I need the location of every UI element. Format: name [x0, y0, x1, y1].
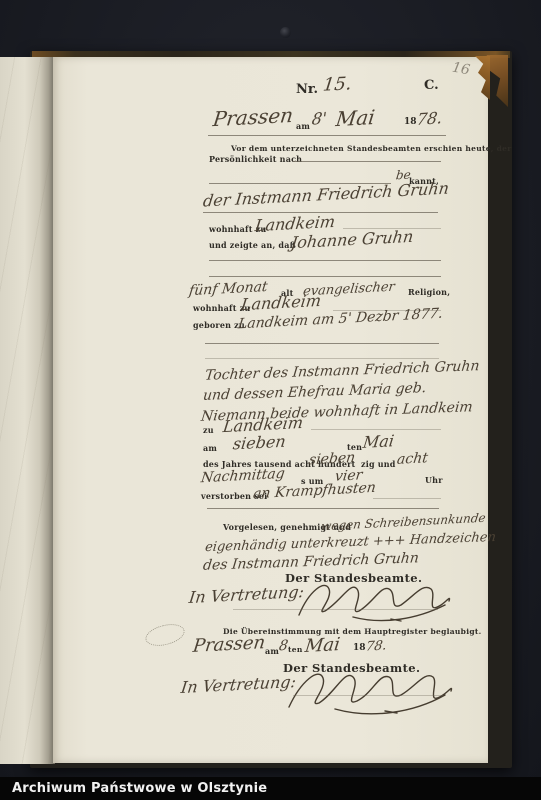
pencil-page-number: 16 [451, 60, 471, 79]
archive-caption-bar: Archiwum Państwowe w Olsztynie [0, 777, 541, 800]
rule-line [208, 135, 446, 136]
record-number-label: Nr. [296, 82, 318, 97]
torn-corner [475, 56, 490, 100]
screw-icon [280, 27, 291, 38]
rule-line [205, 358, 439, 359]
closing-hw1: wegen Schreibensunkunde [320, 511, 486, 534]
rule-line [293, 695, 443, 696]
headline-year-written: 78. [416, 108, 444, 129]
deputy-note-2: In Vertretung: [180, 672, 297, 697]
death-year-hw2: acht [396, 450, 429, 468]
notification-label: und zeigte an, daß [209, 240, 296, 250]
closing-hw2: eigenhändig unterkreuzt +++ Handzeichen [204, 530, 496, 555]
form-letter: C. [424, 78, 439, 93]
parents-line-1: Tochter des Instmann Friedrich Gruhn [204, 358, 480, 384]
death-year-zig: zig und [361, 459, 396, 469]
photo-background: 16 Nr. 15. C. Prassen am 8' Mai 18 78. V… [0, 0, 541, 800]
death-month: Mai [362, 431, 395, 452]
rule-line [207, 508, 439, 509]
rule-line [293, 161, 441, 162]
record-page: 16 Nr. 15. C. Prassen am 8' Mai 18 78. V… [53, 57, 488, 763]
death-day: sieben [232, 432, 287, 454]
headline-place: Prassen [212, 103, 295, 131]
certify-year-printed: 18 [353, 643, 366, 653]
signature-flourish-2 [285, 663, 455, 715]
certify-am-label: am [265, 646, 279, 656]
death-year-hw1: sieben [308, 450, 356, 469]
death-time-hw: Nachmittag [200, 466, 286, 487]
rule-line [209, 276, 441, 277]
residence2-value: Landkeim [240, 291, 322, 314]
record-number-value: 15. [322, 73, 353, 96]
death-cause-value: an Krampfhusten [252, 480, 377, 503]
signature-flourish-1 [295, 575, 455, 621]
headline-day: 8' [311, 108, 328, 128]
headline-year-printed: 18 [404, 117, 417, 127]
deputy-note-1: In Vertretung: [188, 582, 305, 607]
rule-line [209, 260, 441, 261]
rule-line [373, 498, 441, 499]
certify-place: Prassen [192, 632, 267, 657]
rule-line [311, 429, 441, 430]
archive-name: Archiwum Państwowe w Olsztynie [12, 781, 267, 796]
personality-label: Persönlichkeit nach [209, 154, 302, 164]
certify-month: Mai [304, 634, 341, 657]
headline-month: Mai [335, 105, 377, 131]
intro-line: Vor dem unterzeichneten Standesbeamten e… [231, 144, 511, 153]
rule-line [233, 609, 438, 610]
death-uhr-label: Uhr [425, 475, 443, 485]
headline-am-label: am [296, 121, 310, 131]
rule-line [205, 343, 439, 344]
death-date-am: am [203, 443, 217, 453]
certify-year-written: 78. [365, 638, 388, 655]
embossed-seal [143, 620, 187, 649]
certify-ten-label: ten [288, 645, 303, 654]
verso-page [0, 57, 55, 764]
death-place-label: zu [203, 425, 214, 435]
religion-label: Religion, [408, 287, 450, 297]
parents-line-2: und dessen Ehefrau Maria geb. [202, 380, 427, 404]
